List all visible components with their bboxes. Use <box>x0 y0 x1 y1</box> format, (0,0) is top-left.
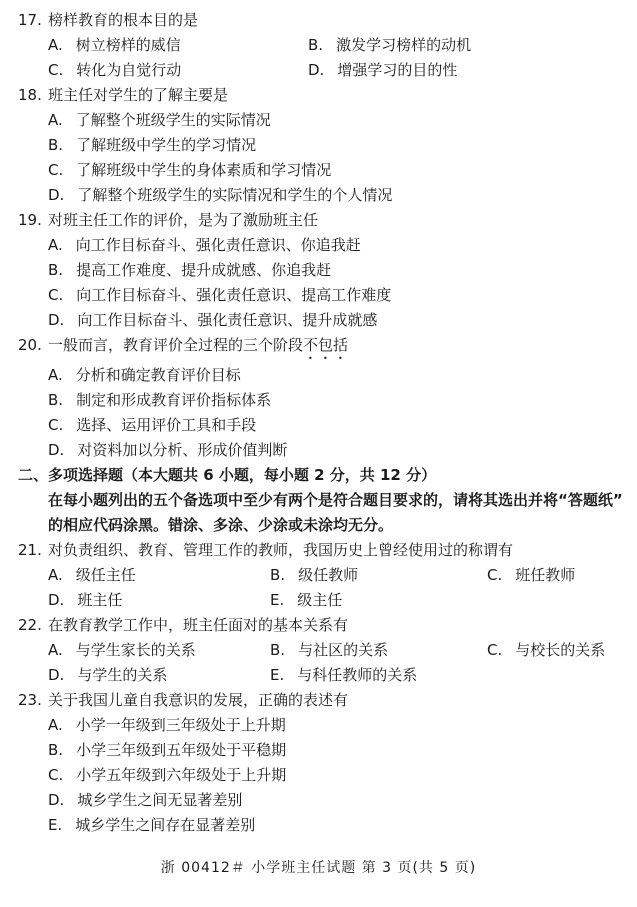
option-label: A. <box>48 233 63 258</box>
question-number: 19. <box>18 208 42 233</box>
option-label: C. <box>48 158 63 183</box>
option-label: E. <box>48 813 62 838</box>
option-item: C. 班任教师 <box>487 563 575 588</box>
question-number: 20. <box>18 333 42 358</box>
question-stem: 对负责组织、教育、管理工作的教师，我国历史上曾经使用过的称谓有 <box>48 538 619 563</box>
question-stem: 对班主任工作的评价，是为了激励班主任 <box>48 208 619 233</box>
option-item: C. 了解班级中学生的身体素质和学习情况 <box>48 158 619 183</box>
option-item: D. 对资料加以分析、形成价值判断 <box>48 438 619 463</box>
option-label: C. <box>48 58 63 83</box>
option-item: A. 树立榜样的威信 <box>48 33 308 58</box>
option-item: D. 城乡学生之间无显著差别 <box>48 788 619 813</box>
option-item: B. 制定和形成教育评价指标体系 <box>48 388 619 413</box>
option-label: B. <box>270 563 285 588</box>
question-number: 23. <box>18 688 42 713</box>
options-row: C. 转化为自觉行动 D. 增强学习的目的性 <box>48 58 619 83</box>
option-label: D. <box>308 58 324 83</box>
option-text: 向工作目标奋斗、强化责任意识、提高工作难度 <box>76 283 391 308</box>
option-label: A. <box>48 713 63 738</box>
section-title: 二、多项选择题（本大题共 6 小题，每小题 2 分，共 12 分） <box>18 463 619 488</box>
option-text: 向工作目标奋斗、强化责任意识、你追我赶 <box>76 233 361 258</box>
option-text: 了解班级中学生的学习情况 <box>76 133 256 158</box>
option-item: C. 转化为自觉行动 <box>48 58 308 83</box>
option-label: C. <box>48 413 63 438</box>
option-text: 小学五年级到六年级处于上升期 <box>76 763 286 788</box>
question-22: 22. 在教育教学工作中，班主任面对的基本关系有 A. 与学生家长的关系 B. … <box>18 613 619 688</box>
question-23: 23. 关于我国儿童自我意识的发展，正确的表述有 A. 小学一年级到三年级处于上… <box>18 688 619 838</box>
option-text: 了解整个班级学生的实际情况和学生的个人情况 <box>77 183 392 208</box>
question-20: 20. 一般而言，教育评价全过程的三个阶段不包括 A. 分析和确定教育评价目标 … <box>18 333 619 463</box>
question-19: 19. 对班主任工作的评价，是为了激励班主任 A. 向工作目标奋斗、强化责任意识… <box>18 208 619 333</box>
option-label: A. <box>48 363 63 388</box>
option-label: D. <box>48 308 64 333</box>
question-stem: 在教育教学工作中，班主任面对的基本关系有 <box>48 613 619 638</box>
question-21: 21. 对负责组织、教育、管理工作的教师，我国历史上曾经使用过的称谓有 A. 级… <box>18 538 619 613</box>
option-label: D. <box>48 663 64 688</box>
section-instruction-line-2: 的相应代码涂黑。错涂、多涂、少涂或未涂均无分。 <box>18 513 619 538</box>
question-17: 17. 榜样教育的根本目的是 A. 树立榜样的威信 B. 激发学习榜样的动机 C… <box>18 8 619 83</box>
option-item: A. 级任主任 <box>48 563 270 588</box>
options-row: D. 班主任 E. 级主任 <box>48 588 619 613</box>
option-item: D. 向工作目标奋斗、强化责任意识、提升成就感 <box>48 308 619 333</box>
section-instruction-line-1: 在每小题列出的五个备选项中至少有两个是符合题目要求的，请将其选出并将“答题纸” <box>18 488 619 513</box>
option-item: E. 城乡学生之间存在显著差别 <box>48 813 619 838</box>
option-item: C. 向工作目标奋斗、强化责任意识、提高工作难度 <box>48 283 619 308</box>
options-row: A. 与学生家长的关系 B. 与社区的关系 C. 与校长的关系 <box>48 638 619 663</box>
option-text: 对资料加以分析、形成价值判断 <box>77 438 287 463</box>
option-text: 与学生家长的关系 <box>76 638 196 663</box>
question-stem: 一般而言，教育评价全过程的三个阶段不包括 <box>48 333 619 363</box>
option-item: B. 级任教师 <box>270 563 487 588</box>
option-text: 了解整个班级学生的实际情况 <box>76 108 271 133</box>
option-item: D. 班主任 <box>48 588 270 613</box>
option-text: 级任教师 <box>298 563 358 588</box>
option-item: A. 与学生家长的关系 <box>48 638 270 663</box>
option-text: 选择、运用评价工具和手段 <box>76 413 256 438</box>
option-item: C. 与校长的关系 <box>487 638 605 663</box>
options-row: A. 级任主任 B. 级任教师 C. 班任教师 <box>48 563 619 588</box>
option-text: 转化为自觉行动 <box>76 58 181 83</box>
question-number: 18. <box>18 83 42 108</box>
option-item: A. 小学一年级到三年级处于上升期 <box>48 713 619 738</box>
option-label: B. <box>48 388 63 413</box>
option-label: B. <box>308 33 323 58</box>
question-number: 22. <box>18 613 42 638</box>
option-label: B. <box>270 638 285 663</box>
option-text: 分析和确定教育评价目标 <box>76 363 241 388</box>
options-row: A. 树立榜样的威信 B. 激发学习榜样的动机 <box>48 33 619 58</box>
option-item: A. 向工作目标奋斗、强化责任意识、你追我赶 <box>48 233 619 258</box>
option-text: 与科任教师的关系 <box>297 663 417 688</box>
option-item: C. 小学五年级到六年级处于上升期 <box>48 763 619 788</box>
option-label: D. <box>48 438 64 463</box>
option-item: B. 与社区的关系 <box>270 638 487 663</box>
option-label: D. <box>48 788 64 813</box>
stem-emphasized-text: 不包括 <box>303 336 348 354</box>
option-label: A. <box>48 563 63 588</box>
option-text: 与校长的关系 <box>515 638 605 663</box>
option-text: 激发学习榜样的动机 <box>336 33 471 58</box>
option-label: D. <box>48 588 64 613</box>
option-label: B. <box>48 738 63 763</box>
option-label: A. <box>48 33 63 58</box>
option-label: E. <box>270 588 284 613</box>
option-text: 了解班级中学生的身体素质和学习情况 <box>76 158 331 183</box>
question-number: 17. <box>18 8 42 33</box>
option-item: A. 分析和确定教育评价目标 <box>48 363 619 388</box>
option-text: 树立榜样的威信 <box>76 33 181 58</box>
option-item: D. 与学生的关系 <box>48 663 270 688</box>
option-text: 城乡学生之间存在显著差别 <box>75 813 255 838</box>
option-item: A. 了解整个班级学生的实际情况 <box>48 108 619 133</box>
option-label: C. <box>487 638 502 663</box>
option-label: C. <box>487 563 502 588</box>
question-stem: 班主任对学生的了解主要是 <box>48 83 619 108</box>
exam-page: 17. 榜样教育的根本目的是 A. 树立榜样的威信 B. 激发学习榜样的动机 C… <box>0 0 637 907</box>
option-text: 制定和形成教育评价指标体系 <box>76 388 271 413</box>
option-text: 班任教师 <box>515 563 575 588</box>
option-text: 班主任 <box>77 588 122 613</box>
option-text: 城乡学生之间无显著差别 <box>77 788 242 813</box>
stem-prefix: 一般而言，教育评价全过程的三个阶段 <box>48 336 303 354</box>
option-text: 向工作目标奋斗、强化责任意识、提升成就感 <box>77 308 377 333</box>
option-item: D. 了解整个班级学生的实际情况和学生的个人情况 <box>48 183 619 208</box>
question-18: 18. 班主任对学生的了解主要是 A. 了解整个班级学生的实际情况 B. 了解班… <box>18 83 619 208</box>
option-item: B. 激发学习榜样的动机 <box>308 33 471 58</box>
option-label: B. <box>48 258 63 283</box>
option-item: C. 选择、运用评价工具和手段 <box>48 413 619 438</box>
options-row: D. 与学生的关系 E. 与科任教师的关系 <box>48 663 619 688</box>
option-text: 级任主任 <box>76 563 136 588</box>
question-stem: 榜样教育的根本目的是 <box>48 8 619 33</box>
question-stem: 关于我国儿童自我意识的发展，正确的表述有 <box>48 688 619 713</box>
option-text: 增强学习的目的性 <box>337 58 457 83</box>
option-item: B. 小学三年级到五年级处于平稳期 <box>48 738 619 763</box>
option-label: C. <box>48 283 63 308</box>
option-text: 小学一年级到三年级处于上升期 <box>76 713 286 738</box>
option-text: 提高工作难度、提升成就感、你追我赶 <box>76 258 331 283</box>
option-text: 与社区的关系 <box>298 638 388 663</box>
option-label: D. <box>48 183 64 208</box>
option-item: E. 级主任 <box>270 588 342 613</box>
option-label: A. <box>48 108 63 133</box>
option-item: B. 提高工作难度、提升成就感、你追我赶 <box>48 258 619 283</box>
question-number: 21. <box>18 538 42 563</box>
option-item: E. 与科任教师的关系 <box>270 663 417 688</box>
option-label: E. <box>270 663 284 688</box>
option-text: 与学生的关系 <box>77 663 167 688</box>
option-label: A. <box>48 638 63 663</box>
option-item: B. 了解班级中学生的学习情况 <box>48 133 619 158</box>
option-label: B. <box>48 133 63 158</box>
page-footer: 浙 00412＃ 小学班主任试题 第 3 页(共 5 页) <box>0 856 637 881</box>
option-label: C. <box>48 763 63 788</box>
option-text: 级主任 <box>297 588 342 613</box>
option-text: 小学三年级到五年级处于平稳期 <box>76 738 286 763</box>
option-item: D. 增强学习的目的性 <box>308 58 457 83</box>
